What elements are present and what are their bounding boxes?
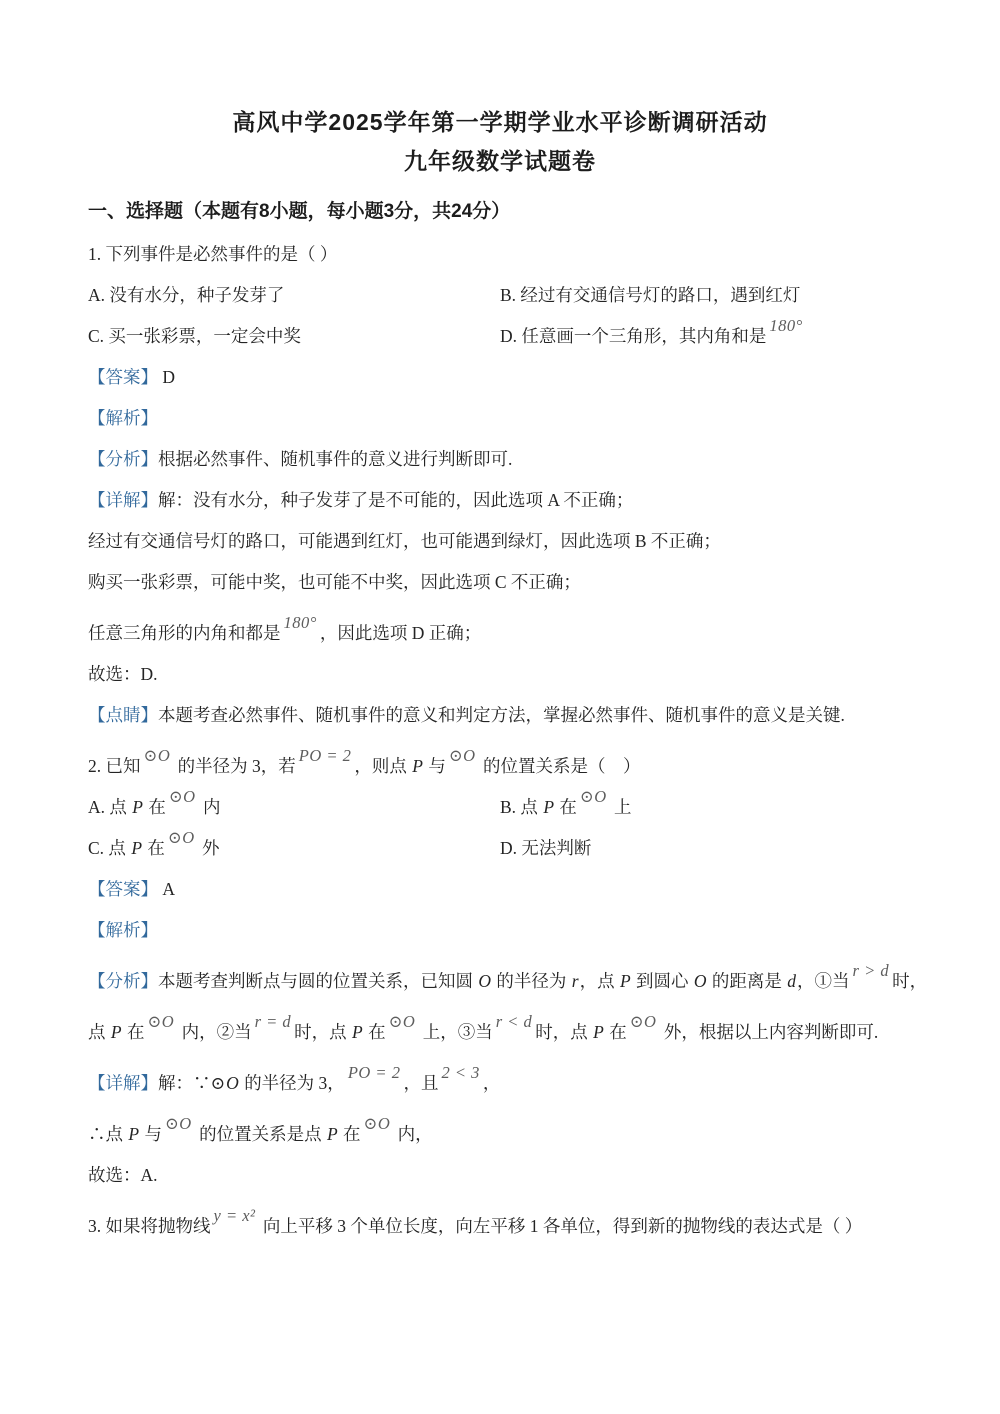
text-segment: 3. 如果将抛物线 bbox=[88, 1216, 211, 1236]
question-2-option-a: A. 点 P 在⊙O 内 bbox=[88, 794, 500, 821]
text-segment: 上 bbox=[610, 797, 632, 817]
text-segment: 时， bbox=[892, 971, 927, 991]
text-segment: 时，点 bbox=[294, 1022, 351, 1042]
text-segment: 在 bbox=[144, 797, 166, 817]
text-segment: 在 bbox=[364, 1022, 386, 1042]
formula: ⊙O bbox=[627, 1012, 660, 1031]
formula: r = d bbox=[252, 1012, 295, 1031]
text-segment: 根据必然事件、随机事件的意义进行判断即可. bbox=[158, 449, 512, 469]
bracket-label: 【答案】 bbox=[88, 879, 158, 899]
text-segment: 经过有交通信号灯的路口，可能遇到红灯，也可能遇到绿灯，因此选项 B 不正确； bbox=[88, 531, 721, 551]
formula: ⊙O bbox=[166, 787, 199, 806]
formula: r < d bbox=[493, 1012, 536, 1031]
text-segment: 内 bbox=[199, 797, 221, 817]
text-segment: D. 无法判断 bbox=[500, 838, 591, 858]
question-1-stem: 1. 下列事件是必然事件的是（ ） bbox=[88, 241, 912, 268]
formula: ⊙O bbox=[144, 1012, 177, 1031]
formula: 180° bbox=[766, 316, 805, 335]
text-segment: 与 bbox=[140, 1124, 162, 1144]
question-2-jiexi-label: 【解析】 bbox=[88, 917, 912, 944]
question-1-options-row-2: C. 买一张彩票，一定会中奖 D. 任意画一个三角形，其内角和是180° bbox=[88, 323, 912, 350]
question-1-xiangjie-line-1: 【详解】解：没有水分，种子发芽了是不可能的，因此选项 A 不正确； bbox=[88, 487, 912, 514]
text-segment: 在 bbox=[555, 797, 577, 817]
text-segment: 在 bbox=[123, 1022, 145, 1042]
question-1-option-b: B. 经过有交通信号灯的路口，遇到红灯 bbox=[500, 282, 800, 309]
text-segment: ， bbox=[483, 1073, 501, 1093]
text-segment: 到圆心 bbox=[632, 971, 693, 991]
formula: r > d bbox=[850, 961, 893, 980]
text-segment: ，则点 bbox=[354, 756, 411, 776]
text-segment: C. 买一张彩票，一定会中奖 bbox=[88, 326, 301, 346]
formula: y = x² bbox=[211, 1206, 259, 1225]
formula: PO = 2 bbox=[296, 746, 355, 765]
text-segment: P bbox=[326, 1124, 339, 1144]
text-segment: r bbox=[571, 971, 580, 991]
text-segment: P bbox=[592, 1022, 605, 1042]
text-segment: 解：没有水分，种子发芽了是不可能的，因此选项 A 不正确； bbox=[158, 490, 633, 510]
text-segment: ，因此选项 D 正确； bbox=[320, 623, 481, 643]
question-3-stem: 3. 如果将抛物线y = x² 向上平移 3 个单位长度，向左平移 1 各单位，… bbox=[88, 1213, 912, 1240]
text-segment: 在 bbox=[143, 838, 165, 858]
bracket-label: 【答案】 bbox=[88, 367, 158, 387]
text-segment: ，①当 bbox=[797, 971, 850, 991]
question-2-option-b: B. 点 P 在⊙O 上 bbox=[500, 794, 632, 821]
text-segment: 在 bbox=[605, 1022, 627, 1042]
text-segment: ∴点 bbox=[88, 1124, 127, 1144]
formula: 180° bbox=[281, 613, 320, 632]
bracket-label: 【详解】 bbox=[88, 1073, 158, 1093]
text-segment: 内，②当 bbox=[177, 1022, 251, 1042]
question-2-option-d: D. 无法判断 bbox=[500, 835, 591, 862]
formula: 2 < 3 bbox=[438, 1063, 482, 1082]
exam-subtitle: 九年级数学试题卷 bbox=[88, 141, 912, 181]
text-segment: 2. 已知 bbox=[88, 756, 141, 776]
exam-title: 高风中学2025学年第一学期学业水平诊断调研活动 bbox=[88, 104, 912, 141]
exam-page: 高风中学2025学年第一学期学业水平诊断调研活动 九年级数学试题卷 一、选择题（… bbox=[0, 0, 1000, 1414]
text-segment: 外 bbox=[198, 838, 220, 858]
bracket-label: 【详解】 bbox=[88, 490, 158, 510]
text-segment: P bbox=[130, 838, 143, 858]
question-1-xiangjie-line-4: 任意三角形的内角和都是180°，因此选项 D 正确； bbox=[88, 620, 912, 647]
question-1-answer: 【答案】 D bbox=[88, 364, 912, 391]
question-1-option-a: A. 没有水分，种子发芽了 bbox=[88, 282, 500, 309]
text-segment: 在 bbox=[339, 1124, 361, 1144]
text-segment: d bbox=[786, 971, 797, 991]
bracket-label: 【解析】 bbox=[88, 408, 158, 428]
formula: PO = 2 bbox=[345, 1063, 404, 1082]
text-segment: P bbox=[351, 1022, 364, 1042]
text-segment: B. 经过有交通信号灯的路口，遇到红灯 bbox=[500, 285, 800, 305]
formula: ⊙O bbox=[361, 1114, 394, 1133]
formula: ⊙O bbox=[141, 746, 174, 765]
question-2-stem: 2. 已知⊙O 的半径为 3，若PO = 2，则点 P 与⊙O 的位置关系是（ … bbox=[88, 753, 912, 780]
text-segment: O bbox=[693, 971, 708, 991]
text-segment: 故选：A. bbox=[88, 1165, 158, 1185]
text-segment: 的半径为 3，若 bbox=[173, 756, 296, 776]
formula: ⊙O bbox=[162, 1114, 195, 1133]
text-segment: 点 bbox=[88, 1022, 110, 1042]
question-2-fenxi-line-1: 【分析】本题考查判断点与圆的位置关系，已知圆 O 的半径为 r，点 P 到圆心 … bbox=[88, 968, 912, 995]
text-segment: C. 点 bbox=[88, 838, 130, 858]
text-segment: D bbox=[158, 367, 175, 387]
text-segment: O bbox=[477, 971, 492, 991]
question-1-option-c: C. 买一张彩票，一定会中奖 bbox=[88, 323, 500, 350]
text-segment: 的半径为 bbox=[492, 971, 571, 991]
formula: ⊙O bbox=[165, 828, 198, 847]
text-segment: 故选：D. bbox=[88, 664, 158, 684]
question-2-options-row-1: A. 点 P 在⊙O 内 B. 点 P 在⊙O 上 bbox=[88, 794, 912, 821]
text-segment: 1. 下列事件是必然事件的是（ ） bbox=[88, 244, 337, 264]
formula: ⊙O bbox=[446, 746, 479, 765]
text-segment: P bbox=[619, 971, 632, 991]
text-segment: A. 没有水分，种子发芽了 bbox=[88, 285, 284, 305]
text-segment: P bbox=[542, 797, 555, 817]
text-segment: 解：∵⊙ bbox=[158, 1073, 225, 1093]
formula: ⊙O bbox=[386, 1012, 419, 1031]
text-segment: D. 任意画一个三角形，其内角和是 bbox=[500, 326, 766, 346]
question-2-answer: 【答案】 A bbox=[88, 876, 912, 903]
text-segment: A. 点 bbox=[88, 797, 131, 817]
question-2-fenxi-line-2: 点 P 在⊙O 内，②当r = d时，点 P 在⊙O 上，③当r < d时，点 … bbox=[88, 1019, 912, 1046]
question-1-dianjing: 【点睛】本题考查必然事件、随机事件的意义和判定方法，掌握必然事件、随机事件的意义… bbox=[88, 702, 912, 729]
bracket-label: 【分析】 bbox=[88, 449, 158, 469]
question-1-fenxi: 【分析】根据必然事件、随机事件的意义进行判断即可. bbox=[88, 446, 912, 473]
formula: ⊙O bbox=[577, 787, 610, 806]
text-segment: 内， bbox=[393, 1124, 432, 1144]
section-heading: 一、选择题（本题有8小题，每小题3分，共24分） bbox=[88, 197, 912, 227]
text-segment: 与 bbox=[424, 756, 446, 776]
bracket-label: 【分析】 bbox=[88, 971, 158, 991]
question-2-xiangjie: 【详解】解：∵⊙O 的半径为 3，PO = 2，且2 < 3， bbox=[88, 1070, 912, 1097]
bracket-label: 【解析】 bbox=[88, 920, 158, 940]
question-2-option-c: C. 点 P 在⊙O 外 bbox=[88, 835, 500, 862]
question-1-options-row-1: A. 没有水分，种子发芽了 B. 经过有交通信号灯的路口，遇到红灯 bbox=[88, 282, 912, 309]
text-segment: 的半径为 3， bbox=[240, 1073, 345, 1093]
text-segment: A bbox=[158, 879, 175, 899]
text-segment: 任意三角形的内角和都是 bbox=[88, 623, 281, 643]
text-segment: 时，点 bbox=[535, 1022, 592, 1042]
bracket-label: 【点睛】 bbox=[88, 705, 158, 725]
text-segment: 上，③当 bbox=[418, 1022, 492, 1042]
text-segment: P bbox=[411, 756, 424, 776]
text-segment: 本题考查必然事件、随机事件的意义和判定方法，掌握必然事件、随机事件的意义是关键. bbox=[158, 705, 845, 725]
text-segment: 的位置关系是点 bbox=[195, 1124, 326, 1144]
text-segment: ，且 bbox=[403, 1073, 438, 1093]
text-segment: P bbox=[131, 797, 144, 817]
question-1-guxuan: 故选：D. bbox=[88, 661, 912, 688]
text-segment: B. 点 bbox=[500, 797, 542, 817]
text-segment: 外，根据以上内容判断即可. bbox=[659, 1022, 878, 1042]
text-segment: 的位置关系是（ ） bbox=[479, 756, 641, 776]
text-segment: 的距离是 bbox=[708, 971, 787, 991]
question-1-xiangjie-line-2: 经过有交通信号灯的路口，可能遇到红灯，也可能遇到绿灯，因此选项 B 不正确； bbox=[88, 528, 912, 555]
question-1-jiexi-label: 【解析】 bbox=[88, 405, 912, 432]
question-1-xiangjie-line-3: 购买一张彩票，可能中奖，也可能不中奖，因此选项 C 不正确； bbox=[88, 569, 912, 596]
text-segment: P bbox=[127, 1124, 140, 1144]
text-segment: P bbox=[110, 1022, 123, 1042]
question-1-option-d: D. 任意画一个三角形，其内角和是180° bbox=[500, 323, 806, 350]
question-2-guxuan: 故选：A. bbox=[88, 1162, 912, 1189]
text-segment: 本题考查判断点与圆的位置关系，已知圆 bbox=[158, 971, 477, 991]
text-segment: 向上平移 3 个单位长度，向左平移 1 各单位，得到新的抛物线的表达式是（ ） bbox=[258, 1216, 862, 1236]
question-2-options-row-2: C. 点 P 在⊙O 外 D. 无法判断 bbox=[88, 835, 912, 862]
text-segment: ，点 bbox=[580, 971, 619, 991]
text-segment: O bbox=[225, 1073, 240, 1093]
question-2-jielun: ∴点 P 与⊙O 的位置关系是点 P 在⊙O 内， bbox=[88, 1121, 912, 1148]
text-segment: 购买一张彩票，可能中奖，也可能不中奖，因此选项 C 不正确； bbox=[88, 572, 581, 592]
